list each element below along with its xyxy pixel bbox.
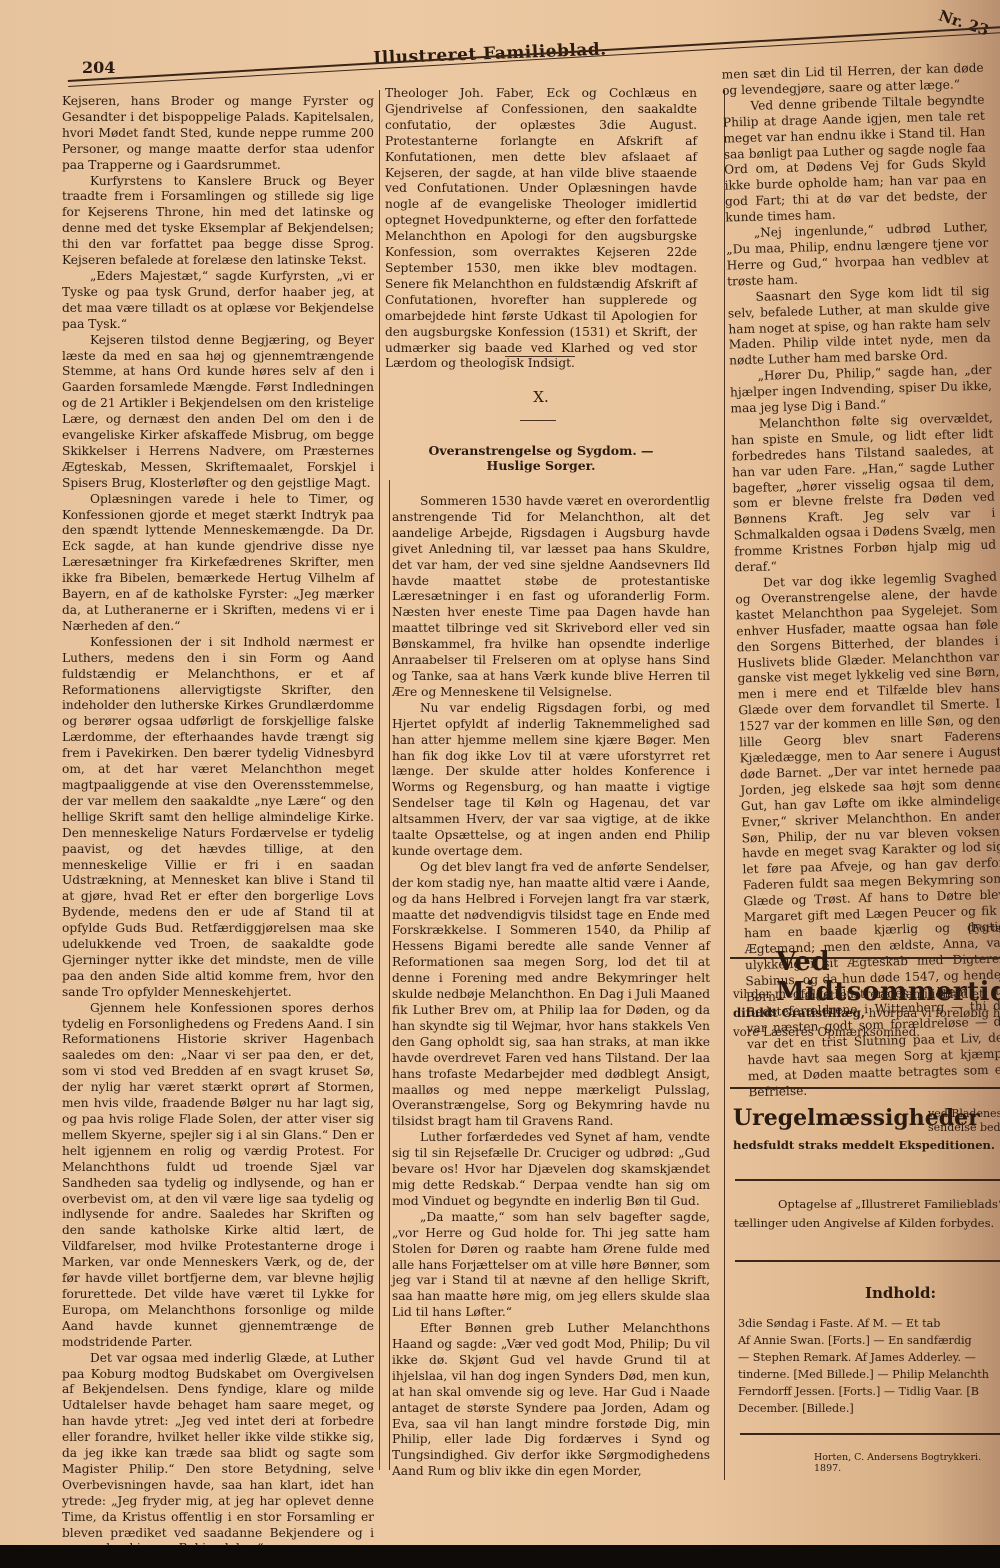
irregularities-body: hedsfuldt straks meddelt Ekspeditionen. [733, 1138, 995, 1152]
paragraph: Gjennem hele Konfessionen spores derhos … [62, 1001, 374, 1351]
paragraph: Saasnart den Syge kom lidt til sig selv,… [727, 283, 991, 369]
article-column-2-top: Theologer Joh. Faber, Eck og Cochlæus en… [385, 86, 697, 372]
paragraph: Ved denne gribende Tiltale begyndte Phil… [722, 93, 987, 227]
paragraph: Nu var endelig Rigsdagen forbi, og med H… [392, 701, 710, 860]
section-title-line: Huslige Sorger. [385, 458, 697, 473]
page-edge-shadow [0, 1545, 1000, 1568]
irregularities-side-text: ved Bladenes sendelse bedes [928, 1107, 1000, 1135]
article-column-3: men sæt din Lid til Herren, der kan døde… [722, 61, 1000, 1101]
paragraph: Kurfyrstens to Kanslere Bruck og Beyer t… [62, 174, 374, 269]
paragraph: Kejseren tilstod denne Begjæring, og Bey… [62, 333, 374, 492]
section-separator [505, 356, 575, 357]
article-column-1: Kejseren, hans Broder og mange Fyrster o… [62, 94, 374, 1545]
paragraph: Efter Bønnen greb Luther Melanchthons Ha… [392, 1321, 710, 1480]
notice-line: difuldt Gratistillæg, hvorpaa vi foreløb… [733, 1004, 1000, 1023]
paragraph: Det var ogsaa med inderlig Glæde, at Lut… [62, 1351, 374, 1545]
newspaper-page: Nr. 23 Illustreret Familieblad. 204 Kejs… [0, 0, 1000, 1545]
notice-rule [735, 1260, 1000, 1262]
contents-rule [740, 1433, 1000, 1435]
notice-line: vil der medfølge Illustreret Familieblad… [733, 985, 1000, 1004]
paragraph: Melanchthon følte sig overvældet, han sp… [731, 411, 997, 577]
notice-line: ved Bladenes [928, 1107, 1000, 1121]
paragraph: Theologer Joh. Faber, Eck og Cochlæus en… [385, 86, 697, 372]
section-title-line: Overanstrengelse og Sygdom. — [385, 443, 697, 458]
chapter-number: X. [385, 388, 697, 406]
notice-line: sendelse bedes [928, 1121, 1000, 1135]
printer-imprint: Horten, C. Andersens Bogtrykkeri. 1897. [814, 1452, 1000, 1474]
continued-label: [Forts.] [968, 922, 1000, 935]
midsummer-notice-body: vil der medfølge Illustreret Familieblad… [733, 985, 1000, 1042]
notice-text: hvorpaa vi foreløbig henlede [865, 1006, 1000, 1020]
contents-title: Indhold: [865, 1284, 936, 1302]
paragraph: „Hører Du, Philip,“ sagde han, „der hjæl… [729, 363, 992, 418]
paragraph: Sommeren 1530 havde været en overordentl… [392, 494, 710, 701]
notice-line: vore Læseres Opmærksomhed. [733, 1023, 1000, 1042]
paragraph: Og det blev langt fra ved de anførte Sen… [392, 860, 710, 1130]
column-divider [389, 480, 390, 1470]
column-divider [724, 90, 725, 1480]
paragraph: Oplæsningen varede i hele to Timer, og K… [62, 492, 374, 635]
notice-line: tællinger uden Angivelse af Kilden forby… [734, 1214, 1000, 1233]
contents-body: 3die Søndag i Faste. Af M. — Et tab Af A… [738, 1315, 1000, 1417]
paragraph: „Nej ingenlunde,“ udbrød Luther, „Du maa… [726, 220, 990, 290]
reprint-notice: Optagelse af „Illustreret Familieblads“ … [748, 1195, 1000, 1233]
paragraph: Konfessionen der i sit Indhold nærmest e… [62, 635, 374, 1001]
paragraph: Luther forfærdedes ved Synet af ham, ven… [392, 1130, 710, 1210]
section-title: Overanstrengelse og Sygdom. — Huslige So… [385, 443, 697, 473]
page-number: 204 [82, 58, 115, 77]
column-divider [379, 90, 380, 1470]
paragraph: Kejseren, hans Broder og mange Fyrster o… [62, 94, 374, 174]
article-column-2-bottom: Sommeren 1530 havde været en overordentl… [392, 494, 710, 1480]
notice-rule [730, 1087, 1000, 1089]
paragraph: „Da maatte,“ som han selv bagefter sagde… [392, 1210, 710, 1321]
section-separator [520, 420, 556, 421]
notice-line: Optagelse af „Illustreret Familieblads“ [748, 1195, 1000, 1214]
notice-rule [735, 1179, 1000, 1181]
paragraph: „Eders Majestæt,“ sagde Kurfyrsten, „vi … [62, 269, 374, 333]
notice-emphasis: difuldt Gratistillæg, [733, 1006, 865, 1020]
